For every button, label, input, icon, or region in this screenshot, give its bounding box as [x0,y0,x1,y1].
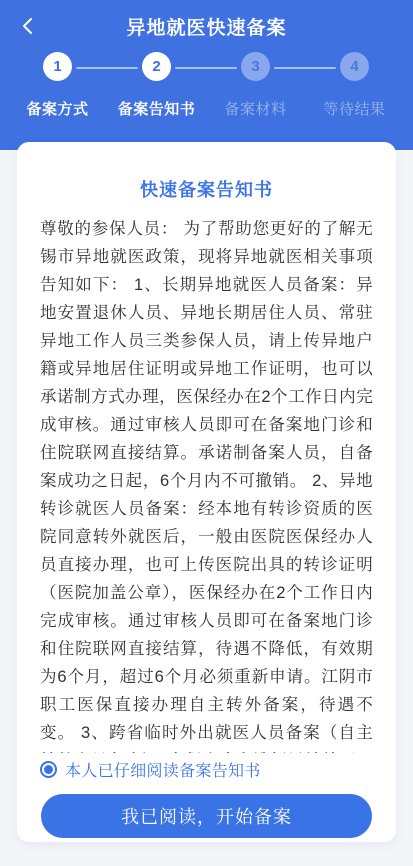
confirm-read-radio[interactable]: 本人已仔细阅读备案告知书 [40,758,373,781]
stepper: 1 2 3 4 [0,52,413,84]
step-label-materials: 备案材料 [206,98,305,119]
step-label-result: 等待结果 [305,98,404,119]
start-filing-button[interactable]: 我已阅读，开始备案 [41,794,372,838]
notice-body-text: 尊敬的参保人员： 为了帮助您更好的了解无锡市异地就医政策，现将异地就医相关事项告… [40,215,373,753]
header: 异地就医快速备案 1 2 3 4 备案方式 备案告知书 备案材料 等待结果 [0,0,413,150]
back-icon[interactable] [14,12,42,40]
page-title: 异地就医快速备案 [126,13,286,40]
radio-selected-icon[interactable] [40,761,57,778]
nav-bar: 异地就医快速备案 [0,0,413,44]
notice-card: 快速备案告知书 尊敬的参保人员： 为了帮助您更好的了解无锡市异地就医政策，现将异… [17,142,396,842]
step-label-notice: 备案告知书 [107,98,206,119]
step-circle-3: 3 [241,52,270,81]
step-circle-4: 4 [340,52,369,81]
notice-title: 快速备案告知书 [40,176,373,202]
stepper-labels: 备案方式 备案告知书 备案材料 等待结果 [0,98,413,119]
step-circle-1: 1 [43,52,72,81]
confirm-read-label: 本人已仔细阅读备案告知书 [65,758,261,781]
step-circle-2: 2 [142,52,171,81]
step-label-method: 备案方式 [8,98,107,119]
